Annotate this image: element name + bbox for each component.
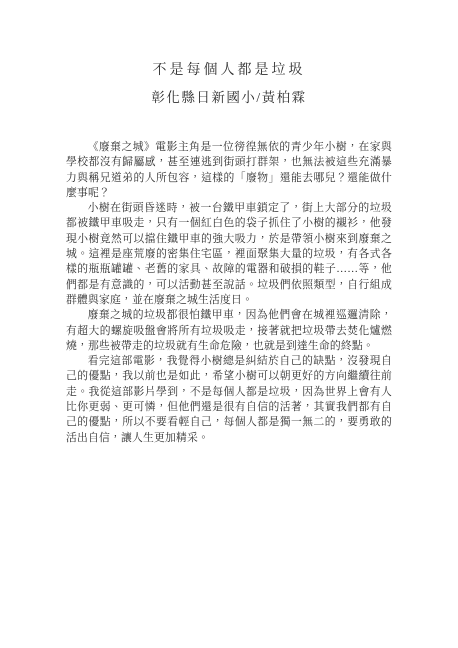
essay-paragraph-2: 小樹在街頭昏迷時，被一台鐵甲車鎖定了，街上大部分的垃圾都被鐵甲車吸走，只有一個紅… [66,201,392,308]
essay-title: 不是每個人都是垃圾 [0,0,458,79]
document-page: 不是每個人都是垃圾 彰化縣日新國小/黃柏霖 《廢棄之城》電影主角是一位徬徨無依的… [0,0,458,648]
essay-paragraph-4: 看完這部電影，我覺得小樹總是糾結於自己的缺點，沒發現自己的優點，我以前也是如此，… [66,354,392,446]
essay-paragraph-1: 《廢棄之城》電影主角是一位徬徨無依的青少年小樹，在家與學校都沒有歸屬感，甚至連逃… [66,140,392,201]
essay-paragraph-3: 廢棄之城的垃圾都很怕鐵甲車，因為他們會在城裡巡邏清除，有超大的螺旋吸盤會將所有垃… [66,308,392,354]
essay-body: 《廢棄之城》電影主角是一位徬徨無依的青少年小樹，在家與學校都沒有歸屬感，甚至連逃… [66,140,392,446]
essay-byline: 彰化縣日新國小/黃柏霖 [0,90,458,106]
